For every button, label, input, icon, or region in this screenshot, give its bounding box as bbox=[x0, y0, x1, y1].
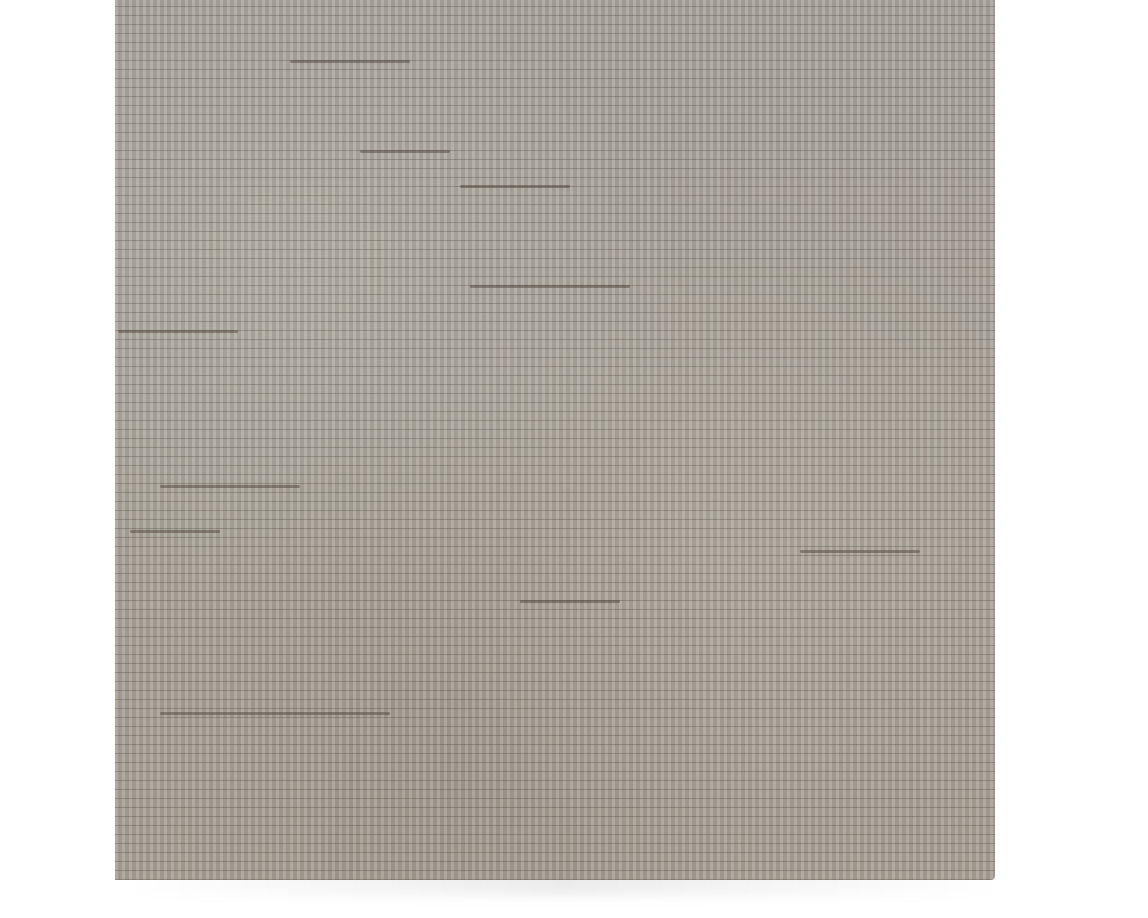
dark-fiber-streak bbox=[800, 550, 920, 553]
dark-fiber-streak bbox=[360, 150, 450, 153]
dark-fiber-streak bbox=[118, 330, 238, 333]
dark-fiber-streak bbox=[520, 600, 620, 603]
rug-texture bbox=[115, 0, 995, 880]
dark-fiber-streak bbox=[130, 530, 220, 533]
dark-fiber-streak bbox=[290, 60, 410, 63]
dark-fiber-streak bbox=[470, 285, 630, 288]
dark-fiber-streak bbox=[160, 485, 300, 488]
dark-fiber-streak bbox=[160, 712, 390, 715]
dark-fiber-streak bbox=[460, 185, 570, 188]
